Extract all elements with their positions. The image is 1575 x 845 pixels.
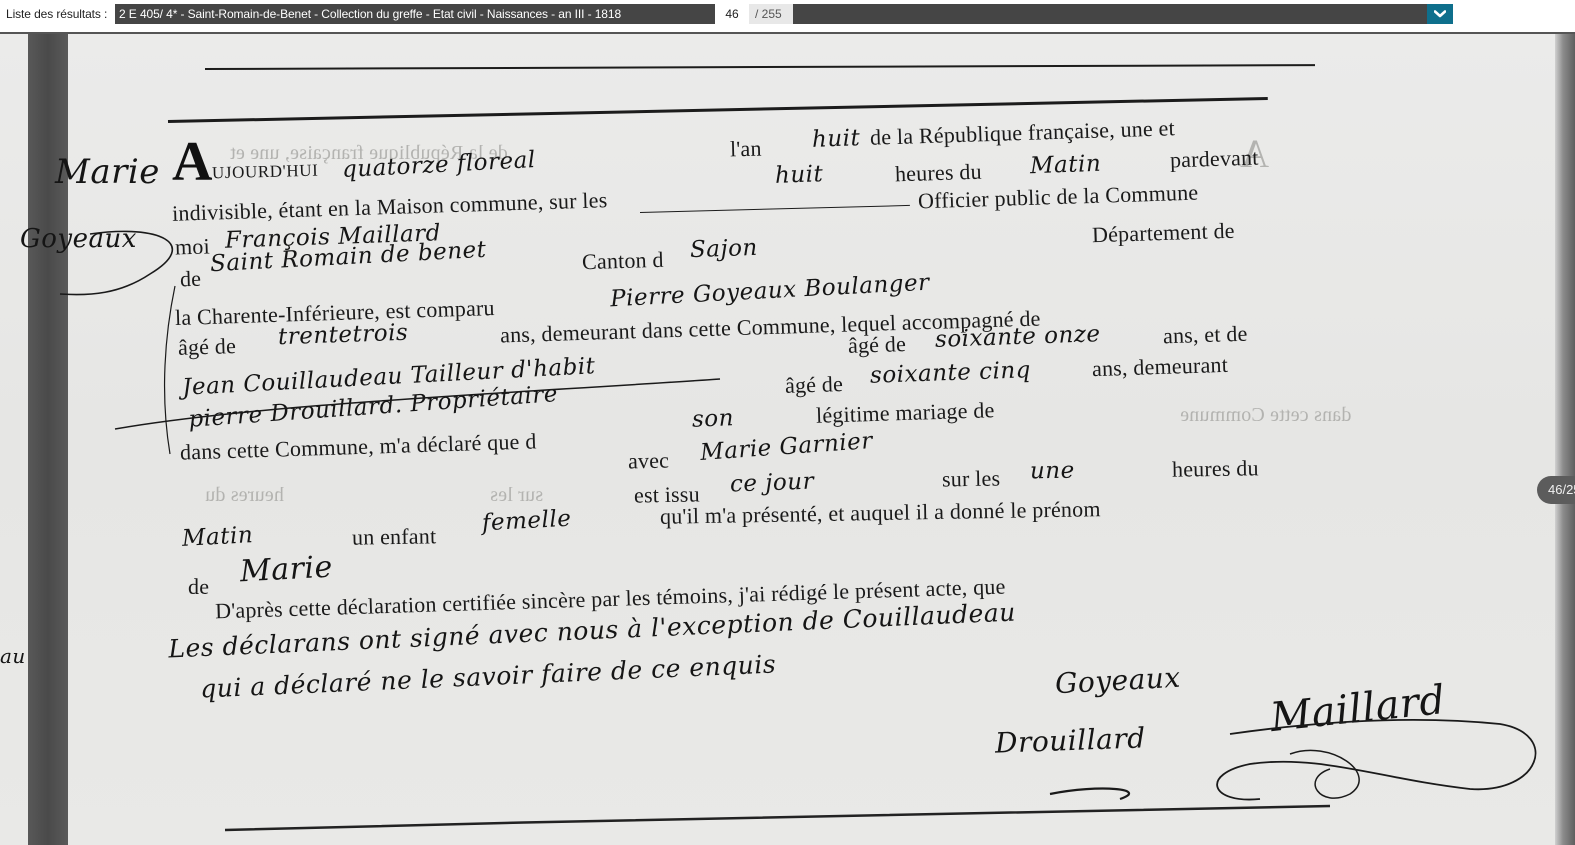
scanned-page: Marie Goyeaux au de la République frança…: [0, 34, 1560, 845]
results-label: Liste des résultats :: [6, 7, 107, 21]
page-navigator: / 255: [715, 4, 793, 24]
page-indicator-badge[interactable]: 46/255: [1537, 476, 1575, 504]
document-viewer[interactable]: Marie Goyeaux au de la République frança…: [0, 34, 1575, 845]
results-toolbar: Liste des résultats : 2 E 405/ 4* - Sain…: [0, 0, 1575, 30]
result-selector[interactable]: 2 E 405/ 4* - Saint-Romain-de-Benet - Co…: [115, 4, 1453, 24]
page-edge-shadow: [1555, 34, 1575, 845]
results-dropdown-button[interactable]: [1427, 4, 1453, 24]
current-page-input[interactable]: [715, 4, 749, 24]
chevron-down-icon: [1434, 5, 1446, 23]
selected-result-title[interactable]: 2 E 405/ 4* - Saint-Romain-de-Benet - Co…: [119, 7, 621, 21]
total-pages: / 255: [749, 4, 793, 24]
ink-flourishes: [0, 34, 1560, 845]
